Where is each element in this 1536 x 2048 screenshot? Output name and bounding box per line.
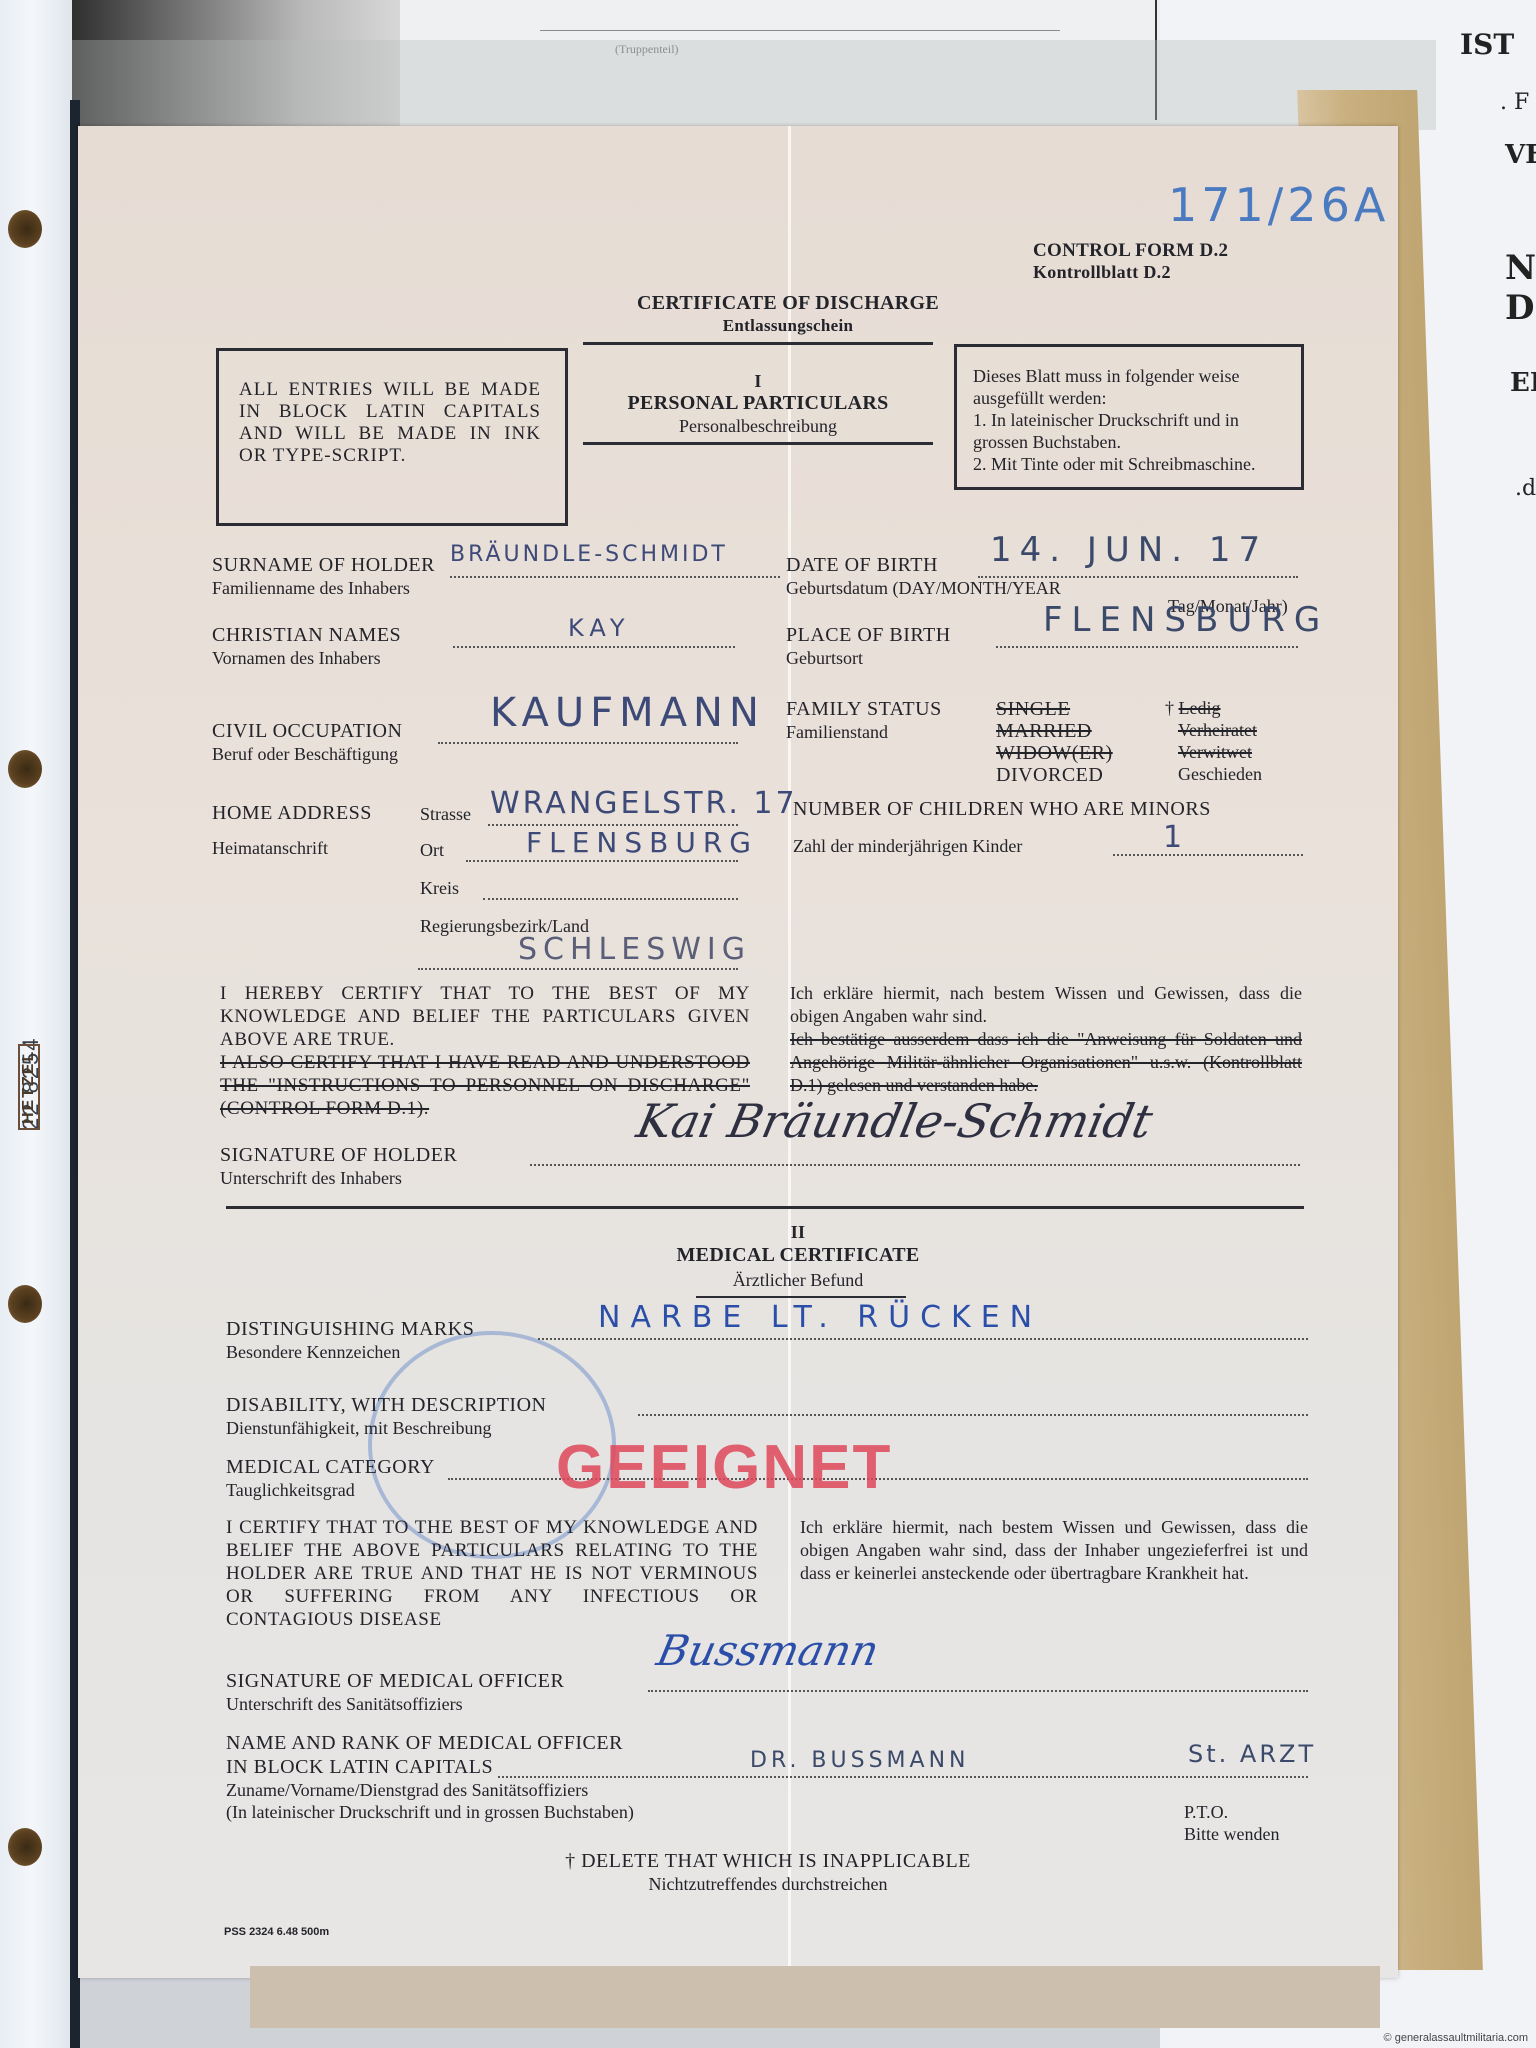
christian-names-line (453, 646, 735, 648)
officer-name-label-de2: (In lateinischer Druckschrift und in gro… (226, 1802, 634, 1823)
pob-value[interactable]: FLENSBURG (1043, 600, 1329, 640)
ort-value[interactable]: FLENSBURG (526, 826, 758, 859)
officer-signature-label-de: Unterschrift des Sanitätsoffiziers (226, 1694, 463, 1715)
medical-cert-en: I CERTIFY THAT TO THE BEST OF MY KNOWLED… (226, 1516, 758, 1631)
category-label: MEDICAL CATEGORY (226, 1456, 435, 1479)
family-status-option-de-verheiratet: Verheiratet (1178, 720, 1257, 741)
children-value[interactable]: 1 (1163, 820, 1188, 855)
instructions-en: ALL ENTRIES WILL BE MADE IN BLOCK LATIN … (239, 379, 541, 467)
family-status-option-de-ledig: Ledig (1179, 698, 1221, 718)
strasse-label: Strasse (420, 804, 471, 825)
binder-label: HETZEL22 8254 (18, 1036, 44, 1130)
file-number: 171/26A (1168, 178, 1389, 232)
surname-value[interactable]: BRÄUNDLE-SCHMIDT (450, 542, 728, 567)
officer-name-label-de: Zuname/Vorname/Dienstgrad des Sanitätsof… (226, 1780, 588, 1801)
control-form-de: Kontrollblatt D.2 (1033, 262, 1171, 283)
disability-label-de: Dienstunfähigkeit, mit Beschreibung (226, 1418, 491, 1439)
family-status-label-de: Familienstand (786, 722, 888, 743)
instructions-de-item1: 1. In lateinischer Druckschrift und in g… (973, 409, 1288, 453)
binder-strip (0, 0, 72, 2048)
section-title: PERSONAL PARTICULARS (578, 392, 938, 415)
children-line (1113, 854, 1303, 856)
binder-hole (8, 750, 42, 788)
binder-hole (8, 1285, 42, 1323)
footnote: † DELETE THAT WHICH IS INAPPLICABLE (458, 1850, 1078, 1873)
officer-signature-line (648, 1690, 1308, 1692)
family-status-option-married[interactable]: MARRIED (996, 720, 1092, 743)
surname-label: SURNAME OF HOLDER (212, 554, 435, 577)
dob-label: DATE OF BIRTH (786, 554, 938, 577)
officer-signature-label: SIGNATURE OF MEDICAL OFFICER (226, 1670, 564, 1693)
pto-label: P.T.O. (1184, 1802, 1228, 1823)
marks-value[interactable]: NARBE LT. RÜCKEN (598, 1300, 1042, 1335)
disability-line (638, 1414, 1308, 1416)
occupation-label-de: Beruf oder Beschäftigung (212, 744, 398, 765)
binder-brand: HETZEL (18, 1044, 40, 1130)
document-title: CERTIFICATE OF DISCHARGE (558, 292, 1018, 315)
instructions-de-item2: 2. Mit Tinte oder mit Schreibmaschine. (973, 453, 1288, 475)
family-status-label: FAMILY STATUS (786, 698, 942, 721)
surname-label-de: Familienname des Inhabers (212, 578, 410, 599)
family-status-option-widow[interactable]: WIDOW(ER) (996, 742, 1113, 765)
occupation-label: CIVIL OCCUPATION (212, 720, 402, 743)
pob-label: PLACE OF BIRTH (786, 624, 951, 647)
regbez-line (418, 968, 738, 970)
home-address-label-de: Heimatanschrift (212, 838, 328, 859)
marks-label: DISTINGUISHING MARKS (226, 1318, 474, 1341)
regbez-value[interactable]: SCHLESWIG (518, 932, 751, 967)
kreis-line (483, 898, 738, 900)
print-code: PSS 2324 6.48 500m (224, 1926, 329, 1938)
christian-names-value[interactable]: KAY (568, 614, 631, 642)
marks-label-de: Besondere Kennzeichen (226, 1342, 400, 1363)
binder-hole (8, 1828, 42, 1866)
children-label: NUMBER OF CHILDREN WHO ARE MINORS (793, 798, 1211, 821)
dob-line (978, 576, 1298, 578)
divider (696, 1296, 906, 1298)
officer-name-label: NAME AND RANK OF MEDICAL OFFICER (226, 1732, 623, 1755)
section-title-de: Personalbeschreibung (578, 416, 938, 437)
officer-signature[interactable]: Bussmann (653, 1626, 883, 1675)
officer-rank-value[interactable]: St. ARZT (1188, 1740, 1316, 1768)
fragment-text: N D (1505, 248, 1536, 328)
fragment-text: ER (1510, 368, 1536, 398)
fragment-text: .d (1515, 476, 1536, 501)
category-label-de: Tauglichkeitsgrad (226, 1480, 355, 1501)
holder-signature-line (530, 1164, 1300, 1166)
home-address-label: HOME ADDRESS (212, 802, 372, 825)
footnote-de: Nichtzutreffendes durchstreichen (458, 1874, 1078, 1895)
fragment-text: . F (1500, 90, 1529, 115)
holder-signature-label: SIGNATURE OF HOLDER (220, 1144, 457, 1167)
family-status-option-de-verwitwet: Verwitwet (1178, 742, 1252, 763)
section-divider (226, 1206, 1304, 1209)
divider (583, 442, 933, 445)
plastic-sleeve (72, 40, 1436, 130)
pob-label-de: Geburtsort (786, 648, 863, 669)
christian-names-label: CHRISTIAN NAMES (212, 624, 401, 647)
instructions-box-de: Dieses Blatt muss in folgender weise aus… (954, 344, 1304, 490)
dob-label-de: Geburtsdatum (DAY/MONTH/YEAR (786, 578, 1061, 599)
family-status-option-de-geschieden: Geschieden (1178, 764, 1262, 785)
dob-value[interactable]: 14. JUN. 17 (990, 530, 1268, 570)
pob-line (996, 646, 1298, 648)
holder-cert-de-2: Ich bestätige ausserdem dass ich die "An… (790, 1028, 1302, 1097)
document-title-de: Entlassungschein (558, 316, 1018, 336)
surname-line (450, 576, 780, 578)
fragment-text: IST (1460, 28, 1514, 61)
officer-name-value[interactable]: DR. BUSSMANN (750, 1748, 970, 1773)
occupation-value[interactable]: KAUFMANN (490, 690, 765, 736)
holder-cert-en-1: I HEREBY CERTIFY THAT TO THE BEST OF MY … (220, 982, 750, 1051)
section-title-de: Ärztlicher Befund (638, 1270, 958, 1291)
ort-label: Ort (420, 840, 444, 861)
children-label-de: Zahl der minderjährigen Kinder (793, 836, 1022, 857)
category-stamp: GEEIGNET (556, 1432, 892, 1503)
section-number: I (578, 371, 938, 392)
pto-label-de: Bitte wenden (1184, 1824, 1279, 1845)
officer-name-line (498, 1776, 1308, 1778)
binder-hole (8, 210, 42, 248)
kreis-label: Kreis (420, 878, 459, 899)
instructions-box-en: ALL ENTRIES WILL BE MADE IN BLOCK LATIN … (216, 348, 568, 526)
holder-signature-label-de: Unterschrift des Inhabers (220, 1168, 402, 1189)
section-number: II (638, 1222, 958, 1243)
instructions-de-intro: Dieses Blatt muss in folgender weise aus… (973, 365, 1288, 409)
section-title: MEDICAL CERTIFICATE (638, 1244, 958, 1267)
occupation-line (438, 742, 738, 744)
control-form: CONTROL FORM D.2 (1033, 240, 1228, 262)
certificate-of-discharge: 171/26A CONTROL FORM D.2 Kontrollblatt D… (78, 126, 1398, 1978)
family-status-option-divorced[interactable]: DIVORCED (996, 764, 1103, 787)
ort-line (466, 860, 738, 862)
holder-signature[interactable]: Kai Bräundle-Schmidt (632, 1094, 1157, 1148)
fragment-text: VEI (1505, 140, 1536, 170)
strasse-value[interactable]: WRANGELSTR. 17 (490, 786, 798, 821)
divider (540, 30, 1060, 31)
officer-name-label2: IN BLOCK LATIN CAPITALS (226, 1756, 493, 1779)
christian-names-label-de: Vornamen des Inhabers (212, 648, 381, 669)
family-status-option-single[interactable]: SINGLE (996, 698, 1070, 721)
medical-cert-de: Ich erkläre hiermit, nach bestem Wissen … (800, 1516, 1308, 1585)
watermark: © generalassaultmilitaria.com (1384, 2032, 1528, 2044)
divider (583, 342, 933, 345)
tape-strip-bottom (250, 1966, 1380, 2028)
disability-label: DISABILITY, WITH DESCRIPTION (226, 1394, 546, 1417)
holder-cert-de-1: Ich erkläre hiermit, nach bestem Wissen … (790, 982, 1302, 1028)
marks-line (538, 1338, 1308, 1340)
